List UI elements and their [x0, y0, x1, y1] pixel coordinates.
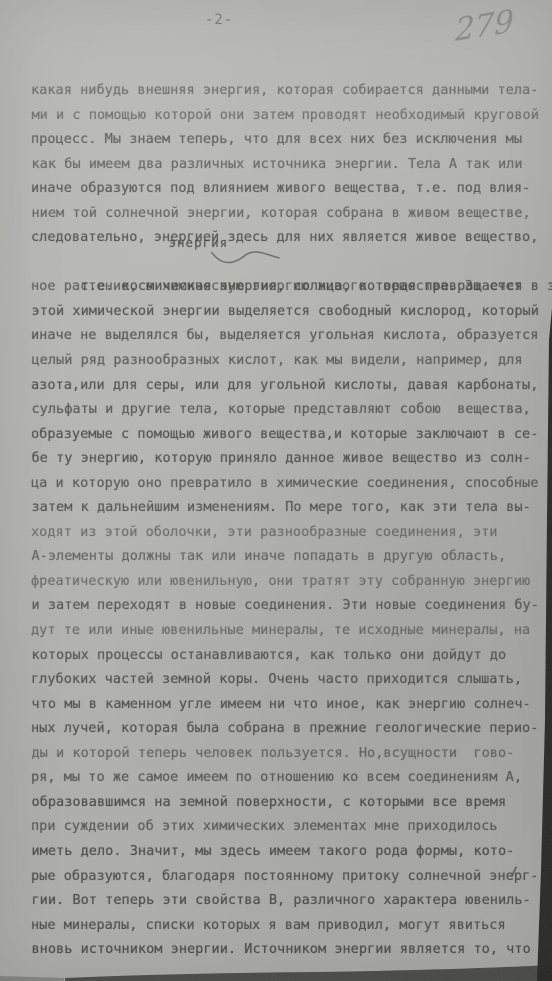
- typed-line: ца и которую оно превратило в химические…: [31, 471, 546, 496]
- typed-line: рые образуются, благодаря постоянному пр…: [31, 864, 546, 889]
- typed-line-with-correction: т.е. космическая энергия, солнца, котора…: [32, 250, 547, 275]
- typed-line: ходят из этой оболочки, эти разнообразны…: [31, 520, 546, 545]
- insertion-caret-mark: [210, 251, 284, 267]
- typed-line: которых процессы останавливаются, как то…: [32, 643, 547, 668]
- inserted-word: энергия: [169, 236, 229, 249]
- typed-line: ря, мы то же самое имеем по отношению ко…: [31, 765, 546, 790]
- typed-line: образовавшимся на земной поверхности, с …: [32, 790, 547, 815]
- typed-line: фреатическую или ювенильную, они тратят …: [31, 569, 546, 594]
- typed-line: и затем переходят в новые соединения. Эт…: [32, 593, 547, 618]
- typed-line: ды и которой теперь человек пользуется. …: [32, 741, 547, 766]
- typed-line: затем к дальнейшим изменениям. По мере т…: [32, 495, 547, 520]
- handwritten-folio-number: 279: [455, 3, 514, 49]
- typed-line: ное растение, в химическую энергию живог…: [31, 274, 546, 299]
- typed-line: ми и с помощью которой они затем проводя…: [32, 103, 547, 128]
- typed-line: что мы в каменном угле имеем ни что иное…: [32, 692, 547, 717]
- typed-line: А-элементы должны так или иначе попадать…: [32, 544, 547, 569]
- typed-line: гии. Вот теперь эти свойства В, различно…: [32, 888, 547, 913]
- typed-line: целый ряд разнообразных кислот, как мы в…: [32, 348, 547, 373]
- typed-line: какая нибудь внешняя энергия, которая со…: [31, 78, 546, 103]
- typed-line: вновь источником энергии. Источником эне…: [32, 937, 547, 962]
- typed-line: сульфаты и другие тела, которые представ…: [32, 397, 547, 422]
- typed-line: азота,или для серы, или для угольной кис…: [31, 373, 546, 398]
- typed-line: ные минералы, списки которых я вам приво…: [31, 913, 546, 938]
- typed-line: бе ту энергию, которую приняло данное жи…: [32, 446, 547, 471]
- typed-line: ных лучей, которая была собрана в прежни…: [31, 716, 546, 741]
- typed-line: нием той солнечной энергии, которая собр…: [32, 201, 547, 226]
- scanned-document-page: -2- 279 какая нибудь внешняя энергия, ко…: [0, 0, 552, 981]
- typed-line: образуемые с помощью живого вещества,и к…: [31, 422, 546, 447]
- typed-line: при суждении об этих химических элемента…: [31, 814, 546, 839]
- typed-line: иметь дело. Значит, мы здесь имеем таког…: [32, 839, 547, 864]
- typed-line: следовательно, энергией здесь для них яв…: [31, 225, 546, 250]
- typed-line: иначе образуются под влиянием живого вещ…: [31, 176, 546, 201]
- typed-line: иначе не выделялся бы, выделяется угольн…: [31, 323, 546, 348]
- typed-line: глубоких частей земной коры. Очень часто…: [31, 667, 546, 692]
- typed-text-block: какая нибудь внешняя энергия, которая со…: [31, 78, 546, 962]
- typed-line: процесс. Мы знаем теперь, что для всех н…: [31, 127, 546, 152]
- typed-line: дут те или иные ювенильные минералы, те …: [31, 618, 546, 643]
- typed-line: этой химической энергии выделяется свобо…: [32, 299, 547, 324]
- page-number: -2-: [205, 12, 233, 28]
- typed-line: как бы имеем два различных источника эне…: [32, 152, 547, 177]
